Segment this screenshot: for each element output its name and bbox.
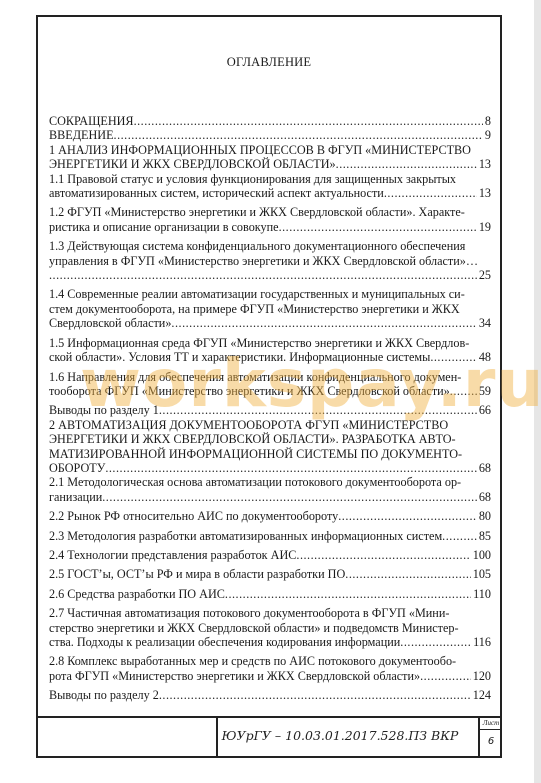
toc-entry-text: 1.2 ФГУП «Министерство энергетики и ЖКХ … bbox=[49, 205, 465, 219]
toc-entry[interactable]: 2.2 Рынок РФ относительно АИС по докумен… bbox=[49, 509, 491, 523]
table-of-contents: СОКРАЩЕНИЯ8ВВЕДЕНИЕ91 АНАЛИЗ ИНФОРМАЦИОН… bbox=[49, 114, 491, 703]
toc-entry-text: 1.4 Современные реалии автоматизации гос… bbox=[49, 287, 465, 301]
toc-entry[interactable]: 2 АВТОМАТИЗАЦИЯ ДОКУМЕНТООБОРОТА ФГУП «М… bbox=[49, 418, 491, 476]
page-title: ОГЛАВЛЕНИЕ bbox=[38, 55, 500, 70]
toc-page-number: 105 bbox=[471, 567, 491, 581]
toc-page-number: 110 bbox=[471, 587, 491, 601]
toc-entry-text: 2.1 Методологическая основа автоматизаци… bbox=[49, 475, 461, 489]
toc-entry-text: тооборота ФГУП «Министерство энергетики … bbox=[49, 384, 450, 398]
page-frame: ОГЛАВЛЕНИЕ СОКРАЩЕНИЯ8ВВЕДЕНИЕ91 АНАЛИЗ … bbox=[36, 15, 502, 732]
leader-dots bbox=[420, 669, 471, 683]
toc-entry[interactable]: 2.8 Комплекс выработанных мер и средств … bbox=[49, 654, 491, 683]
leader-dots bbox=[430, 350, 477, 364]
toc-entry-text: 2.8 Комплекс выработанных мер и средств … bbox=[49, 654, 456, 668]
toc-entry-text: 2.6 Средства разработки ПО АИС bbox=[49, 587, 225, 601]
toc-page-number: 13 bbox=[477, 186, 491, 200]
leader-dots bbox=[442, 529, 477, 543]
toc-page-number: 9 bbox=[483, 128, 491, 142]
leader-dots bbox=[114, 128, 483, 142]
toc-entry[interactable]: Выводы по разделу 2124 bbox=[49, 688, 491, 702]
leader-dots bbox=[336, 157, 477, 171]
toc-entry[interactable]: 1.5 Информационная среда ФГУП «Министерс… bbox=[49, 336, 491, 365]
toc-page-number: 85 bbox=[477, 529, 491, 543]
toc-entry[interactable]: 1.4 Современные реалии автоматизации гос… bbox=[49, 287, 491, 330]
toc-page-number: 80 bbox=[477, 509, 491, 523]
toc-entry-text: ристика и описание организации в совокуп… bbox=[49, 220, 279, 234]
toc-entry-text: ОБОРОТУ bbox=[49, 461, 105, 475]
toc-page-number: 124 bbox=[471, 688, 491, 702]
toc-entry-text: стерство энергетики и ЖКХ Свердловской о… bbox=[49, 621, 459, 635]
toc-entry-text: 2.3 Методология разработки автоматизиров… bbox=[49, 529, 442, 543]
toc-entry[interactable]: 2.5 ГОСТ’ы, ОСТ’ы РФ и мира в области ра… bbox=[49, 567, 491, 581]
toc-page-number: 68 bbox=[477, 490, 491, 504]
toc-entry-text: Выводы по разделу 1 bbox=[49, 403, 159, 417]
toc-page-number: 100 bbox=[471, 548, 491, 562]
toc-entry-text: 1 АНАЛИЗ ИНФОРМАЦИОННЫХ ПРОЦЕССОВ В ФГУП… bbox=[49, 143, 471, 157]
toc-entry-text: ской области». Условия ТТ и характеристи… bbox=[49, 350, 430, 364]
leader-dots bbox=[225, 587, 471, 601]
toc-page-number: 8 bbox=[483, 114, 491, 128]
toc-entry[interactable]: 2.3 Методология разработки автоматизиров… bbox=[49, 529, 491, 543]
leader-dots bbox=[450, 384, 477, 398]
toc-entry-text: 1.1 Правовой статус и условия функционир… bbox=[49, 172, 456, 186]
toc-entry-text: рота ФГУП «Министерство энергетики и ЖКХ… bbox=[49, 669, 420, 683]
toc-entry[interactable]: СОКРАЩЕНИЯ8 bbox=[49, 114, 491, 128]
toc-entry[interactable]: 1.6 Направления для обеспечения автомати… bbox=[49, 370, 491, 399]
toc-entry[interactable]: 2.1 Методологическая основа автоматизаци… bbox=[49, 475, 491, 504]
toc-entry-text: 2 АВТОМАТИЗАЦИЯ ДОКУМЕНТООБОРОТА ФГУП «М… bbox=[49, 418, 448, 432]
toc-page-number: 116 bbox=[471, 635, 491, 649]
leader-dots bbox=[134, 114, 483, 128]
toc-entry-text: 2.7 Частичная автоматизация потокового д… bbox=[49, 606, 449, 620]
sheet-label: Лист bbox=[480, 718, 502, 730]
leader-dots bbox=[105, 461, 476, 475]
toc-entry-text: управления в ФГУП «Министерство энергети… bbox=[49, 254, 478, 268]
leader-dots bbox=[400, 635, 471, 649]
toc-entry[interactable]: 1.1 Правовой статус и условия функционир… bbox=[49, 172, 491, 201]
scrollbar[interactable] bbox=[534, 0, 541, 783]
toc-page-number: 68 bbox=[477, 461, 491, 475]
toc-entry-text: стем документооборота, на примере ФГУП «… bbox=[49, 302, 460, 316]
leader-dots bbox=[49, 268, 477, 282]
toc-entry-text: ганизации bbox=[49, 490, 102, 504]
leader-dots bbox=[345, 567, 470, 581]
leader-dots bbox=[279, 220, 477, 234]
leader-dots bbox=[338, 509, 477, 523]
toc-page-number: 66 bbox=[477, 403, 491, 417]
toc-entry-text: 1.6 Направления для обеспечения автомати… bbox=[49, 370, 461, 384]
sheet-cell: Лист 6 bbox=[478, 718, 502, 756]
toc-page-number: 34 bbox=[477, 316, 491, 330]
toc-entry-text: Свердловской области» bbox=[49, 316, 171, 330]
toc-entry-text: ЭНЕРГЕТИКИ И ЖКХ СВЕРДЛОВСКОЙ ОБЛАСТИ» bbox=[49, 157, 336, 171]
toc-entry[interactable]: 2.4 Технологии представления разработок … bbox=[49, 548, 491, 562]
leader-dots bbox=[171, 316, 476, 330]
toc-entry[interactable]: 1 АНАЛИЗ ИНФОРМАЦИОННЫХ ПРОЦЕССОВ В ФГУП… bbox=[49, 143, 491, 172]
toc-page-number: 59 bbox=[477, 384, 491, 398]
toc-page-number: 25 bbox=[477, 268, 491, 282]
title-block-empty-cell bbox=[38, 718, 218, 756]
toc-entry-text: автоматизированных систем, исторический … bbox=[49, 186, 384, 200]
toc-entry[interactable]: 2.6 Средства разработки ПО АИС110 bbox=[49, 587, 491, 601]
toc-entry-text: 2.4 Технологии представления разработок … bbox=[49, 548, 296, 562]
toc-entry-text: 1.3 Действующая система конфиденциальног… bbox=[49, 239, 465, 253]
toc-entry-text: Выводы по разделу 2 bbox=[49, 688, 159, 702]
toc-entry-text: 1.5 Информационная среда ФГУП «Министерс… bbox=[49, 336, 469, 350]
leader-dots bbox=[102, 490, 477, 504]
toc-page-number: 120 bbox=[471, 669, 491, 683]
leader-dots bbox=[384, 186, 477, 200]
sheet-number: 6 bbox=[480, 730, 502, 754]
toc-page-number: 19 bbox=[477, 220, 491, 234]
toc-page-number: 13 bbox=[477, 157, 491, 171]
toc-entry-text: МАТИЗИРОВАННОЙ ИНФОРМАЦИОННОЙ СИСТЕМЫ ПО… bbox=[49, 447, 462, 461]
toc-entry[interactable]: ВВЕДЕНИЕ9 bbox=[49, 128, 491, 142]
leader-dots bbox=[159, 688, 471, 702]
leader-dots bbox=[296, 548, 470, 562]
leader-dots bbox=[159, 403, 477, 417]
document-code: ЮУрГУ – 10.03.01.2017.528.ПЗ ВКР bbox=[220, 728, 460, 743]
toc-entry[interactable]: 2.7 Частичная автоматизация потокового д… bbox=[49, 606, 491, 649]
toc-entry-text: 2.2 Рынок РФ относительно АИС по докумен… bbox=[49, 509, 338, 523]
title-block: ЮУрГУ – 10.03.01.2017.528.ПЗ ВКР Лист 6 bbox=[36, 716, 502, 758]
toc-entry[interactable]: Выводы по разделу 166 bbox=[49, 403, 491, 417]
toc-page-number: 48 bbox=[477, 350, 491, 364]
toc-entry-text: ВВЕДЕНИЕ bbox=[49, 128, 114, 142]
toc-entry[interactable]: 1.2 ФГУП «Министерство энергетики и ЖКХ … bbox=[49, 205, 491, 234]
toc-entry-text: СОКРАЩЕНИЯ bbox=[49, 114, 134, 128]
toc-entry[interactable]: 1.3 Действующая система конфиденциальног… bbox=[49, 239, 491, 282]
toc-entry-text: ЭНЕРГЕТИКИ И ЖКХ СВЕРДЛОВСКОЙ ОБЛАСТИ». … bbox=[49, 432, 456, 446]
toc-entry-text: ства. Подходы к реализации обеспечения к… bbox=[49, 635, 400, 649]
toc-entry-text: 2.5 ГОСТ’ы, ОСТ’ы РФ и мира в области ра… bbox=[49, 567, 345, 581]
